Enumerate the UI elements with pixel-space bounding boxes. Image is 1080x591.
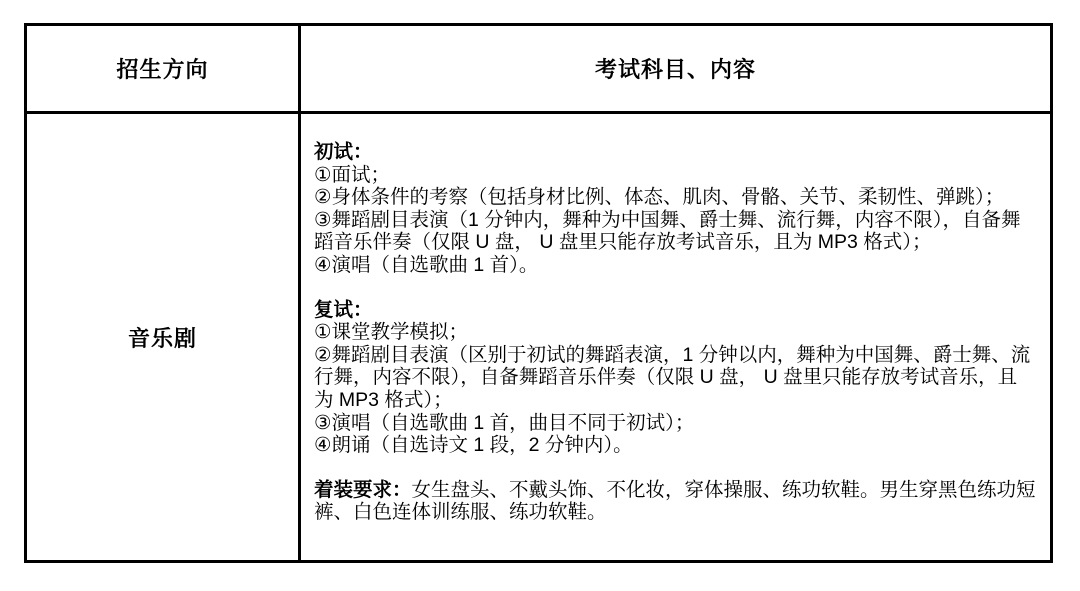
header-cell-subjects: 考试科目、内容 [301,26,1050,114]
first-exam-section: 初试： ①面试； ②身体条件的考察（包括身材比例、体态、肌肉、骨骼、关节、柔韧性… [314,141,1036,277]
second-exam-item: ②舞蹈剧目表演（区别于初试的舞蹈表演，1 分钟以内，舞种为中国舞、爵士舞、流行舞… [314,344,1036,412]
header-label-subjects: 考试科目、内容 [595,53,756,84]
header-label-direction: 招生方向 [116,53,208,84]
second-exam-section: 复试： ①课堂教学模拟； ②舞蹈剧目表演（区别于初试的舞蹈表演，1 分钟以内，舞… [314,299,1036,457]
direction-value: 音乐剧 [128,322,197,353]
dress-code-text: 女生盘头、不戴头饰、不化妆，穿体操服、练功软鞋。男生穿黑色练功短裤、白色连体训练… [314,479,1036,524]
second-exam-item: ①课堂教学模拟； [314,321,1036,344]
header-cell-direction: 招生方向 [27,26,301,114]
first-exam-title: 初试： [314,141,1036,164]
dress-code-paragraph: 着装要求：女生盘头、不戴头饰、不化妆，穿体操服、练功软鞋。男生穿黑色练功短裤、白… [314,479,1036,524]
second-exam-item: ④朗诵（自选诗文 1 段，2 分钟内）。 [314,434,1036,457]
second-exam-item: ③演唱（自选歌曲 1 首，曲目不同于初试）； [314,412,1036,435]
cell-exam-content: 初试： ①面试； ②身体条件的考察（包括身材比例、体态、肌肉、骨骼、关节、柔韧性… [301,114,1050,560]
dress-code-section: 着装要求：女生盘头、不戴头饰、不化妆，穿体操服、练功软鞋。男生穿黑色练功短裤、白… [314,479,1036,524]
dress-code-label: 着装要求： [314,479,412,501]
second-exam-title: 复试： [314,299,1036,322]
cell-direction: 音乐剧 [27,114,301,560]
first-exam-item: ②身体条件的考察（包括身材比例、体态、肌肉、骨骼、关节、柔韧性、弹跳）； [314,186,1036,209]
first-exam-item: ④演唱（自选歌曲 1 首）。 [314,254,1036,277]
admissions-exam-table: 招生方向 考试科目、内容 音乐剧 初试： ①面试； ②身体条件的考察（包括身材比… [24,23,1053,563]
first-exam-item: ①面试； [314,164,1036,187]
first-exam-item: ③舞蹈剧目表演（1 分钟内，舞种为中国舞、爵士舞、流行舞，内容不限），自备舞蹈音… [314,209,1036,254]
